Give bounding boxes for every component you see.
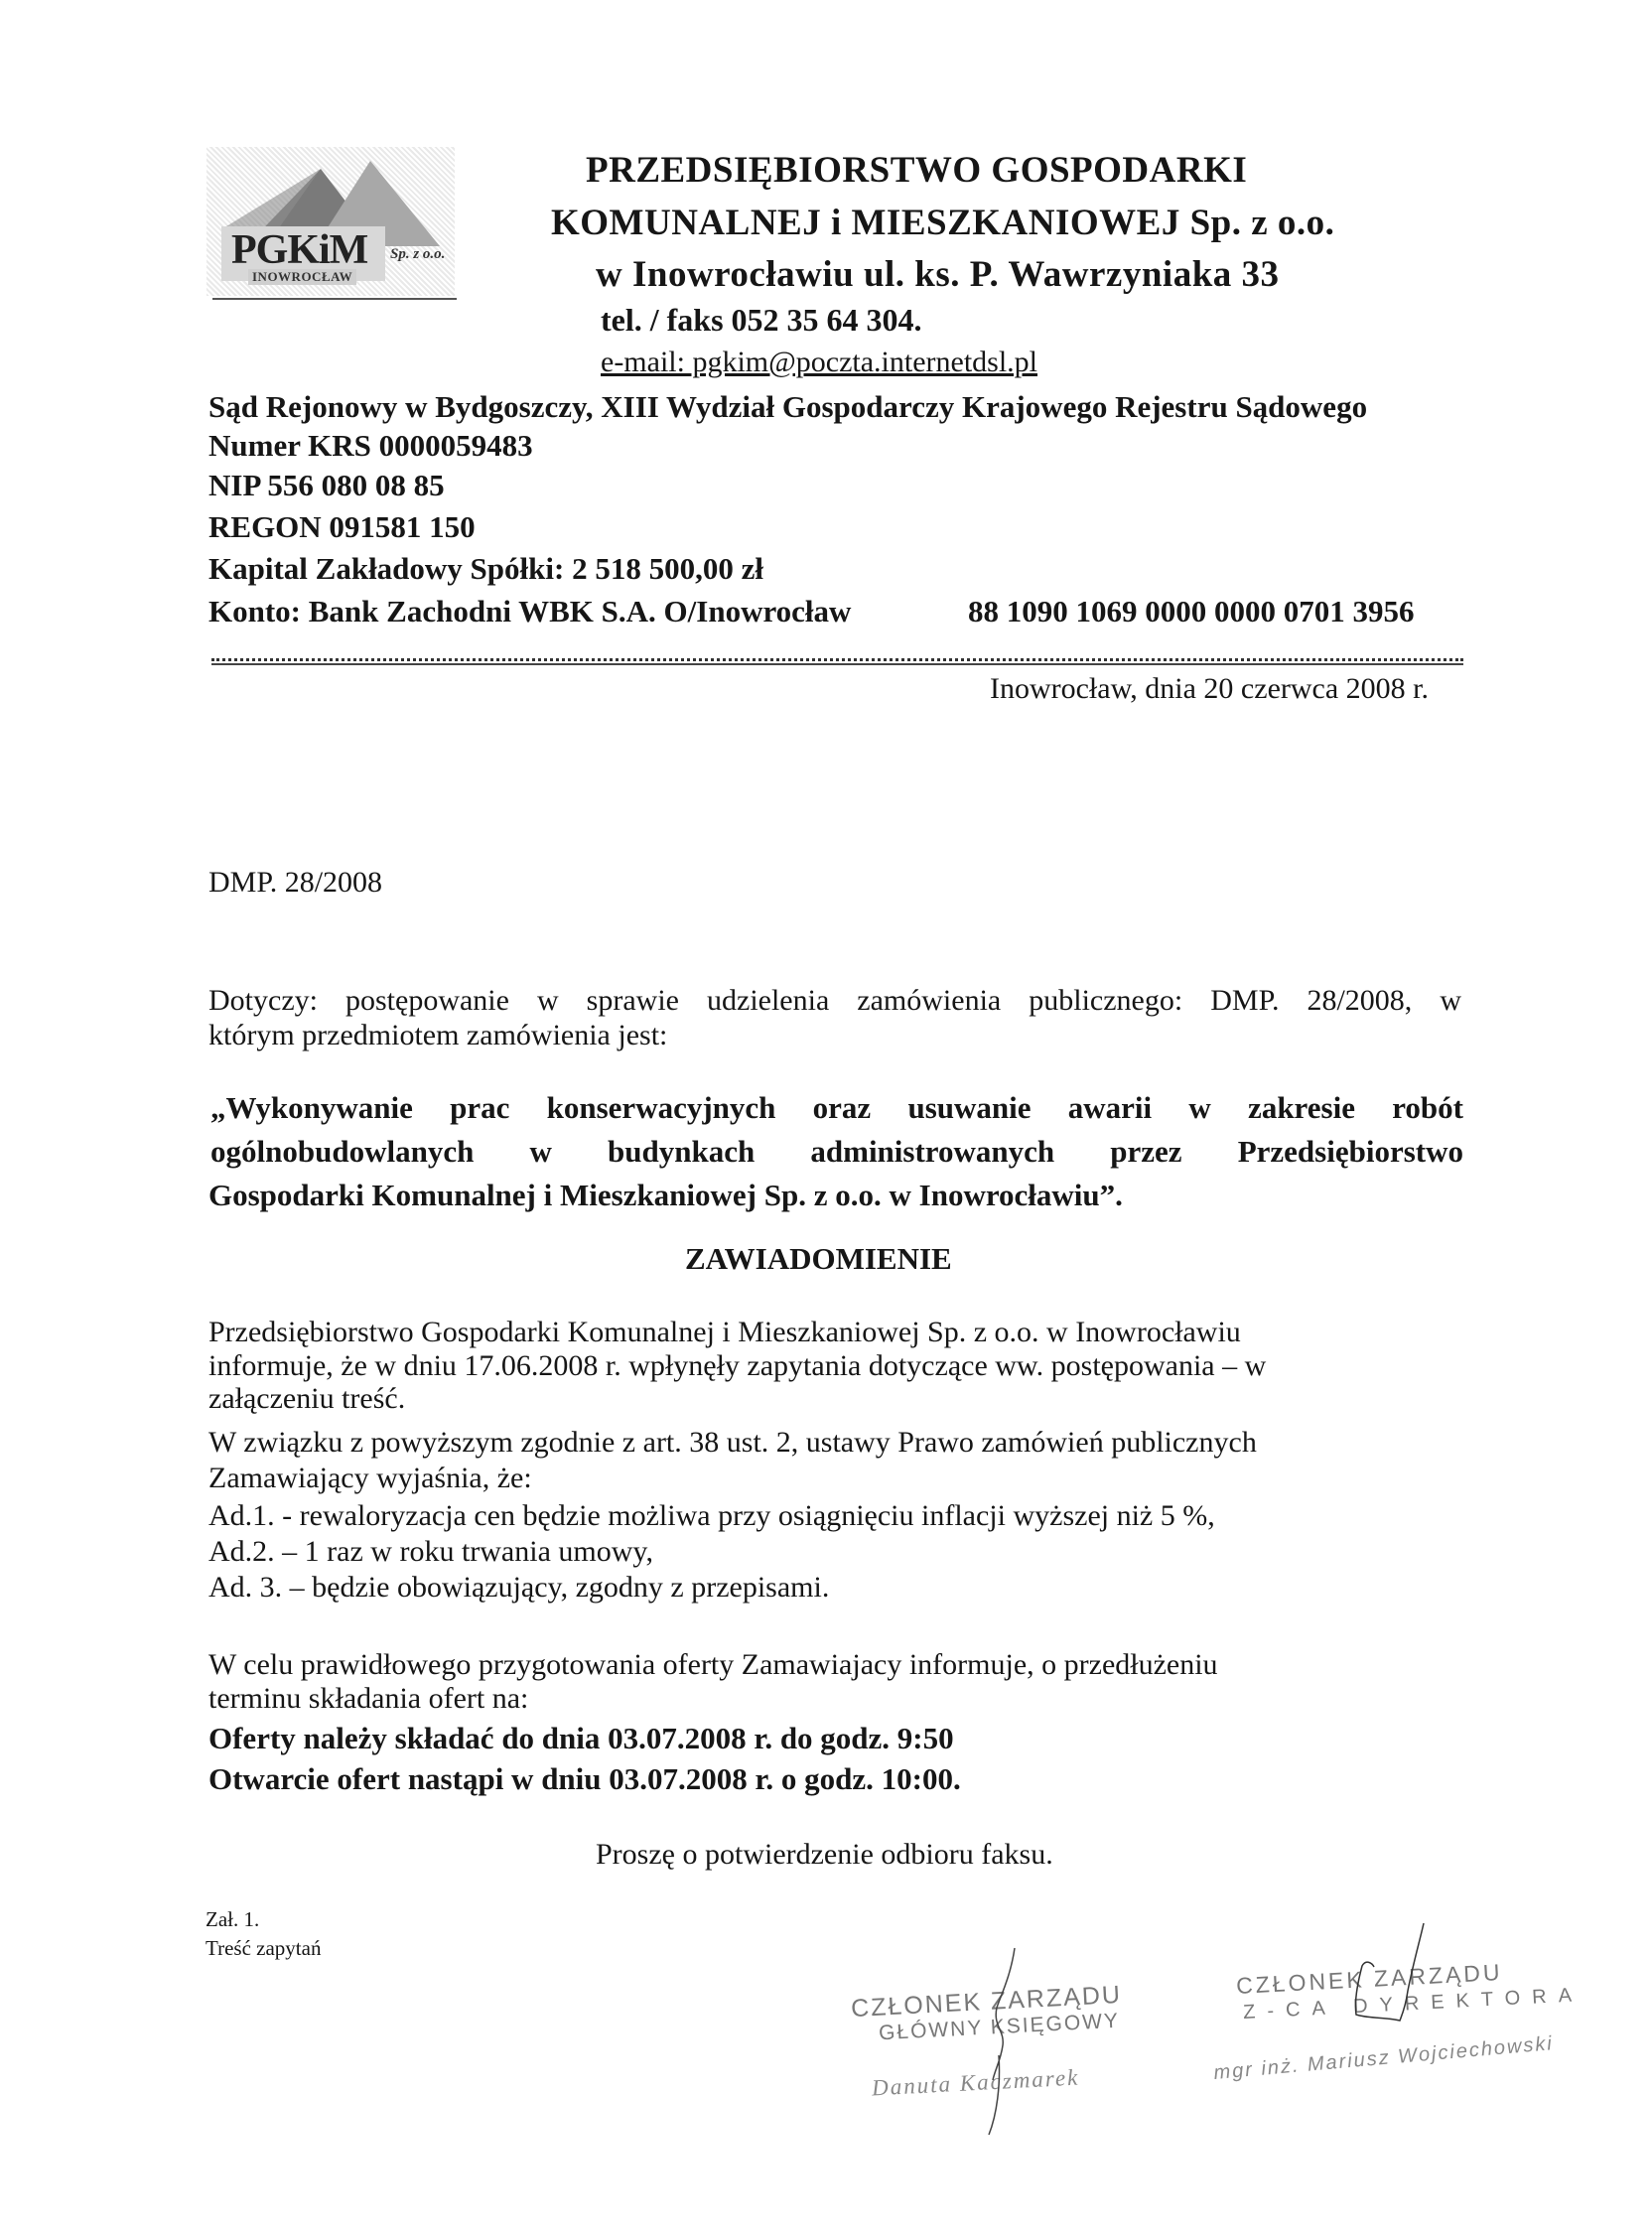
header-separator — [211, 658, 1463, 665]
body-line: informuje, że w dniu 17.06.2008 r. wpłyn… — [208, 1349, 1266, 1383]
court-registry: Sąd Rejonowy w Bydgoszczy, XIII Wydział … — [208, 389, 1367, 425]
answer-1: Ad.1. - rewaloryzacja cen będzie możliwa… — [208, 1499, 1215, 1533]
logo-city: INOWROCŁAW — [248, 269, 356, 285]
handwritten-signature-icon — [983, 1946, 1023, 2145]
attachment-description: Treść zapytań — [206, 1936, 321, 1961]
answer-2: Ad.2. – 1 raz w roku trwania umowy, — [208, 1535, 653, 1569]
bank-account-number: 88 1090 1069 0000 0000 0701 3956 — [968, 594, 1415, 629]
regon-number: REGON 091581 150 — [208, 509, 476, 545]
contract-title-line3: Gospodarki Komunalnej i Mieszkaniowej Sp… — [208, 1178, 1123, 1213]
company-logo: PGKiM INOWROCŁAW Sp. z o.o. — [206, 147, 455, 296]
extension-line2: terminu składania ofert na: — [208, 1682, 528, 1716]
bank-account-label: Konto: Bank Zachodni WBK S.A. O/Inowrocł… — [208, 594, 851, 629]
reference-number: DMP. 28/2008 — [208, 866, 382, 900]
handwritten-signature-icon — [1350, 1921, 1430, 2030]
subject-line2: którym przedmiotem zamówienia jest: — [208, 1019, 667, 1052]
body-line: załączeniu treść. — [208, 1382, 405, 1416]
answer-3: Ad. 3. – będzie obowiązujący, zgodny z p… — [208, 1571, 829, 1605]
logo-underline — [212, 298, 457, 300]
company-address: w Inowrocławiu ul. ks. P. Wawrzyniaka 33 — [596, 253, 1280, 296]
fax-confirmation-request: Proszę o potwierdzenie odbioru faksu. — [596, 1838, 1053, 1872]
offer-opening: Otwarcie ofert nastąpi w dniu 03.07.2008… — [208, 1761, 961, 1797]
notice-heading: ZAWIADOMIENIE — [685, 1241, 952, 1277]
share-capital: Kapital Zakładowy Spółki: 2 518 500,00 z… — [208, 551, 763, 587]
company-name-line1: PRZEDSIĘBIORSTWO GOSPODARKI — [586, 149, 1247, 192]
body-line: Przedsiębiorstwo Gospodarki Komunalnej i… — [208, 1316, 1241, 1349]
signature-name: Danuta Kaczmarek — [871, 2065, 1079, 2102]
contract-title-line1: „Wykonywanie prac konserwacyjnych oraz u… — [210, 1090, 1463, 1126]
company-phone: tel. / faks 052 35 64 304. — [601, 302, 922, 339]
logo-suffix: Sp. z o.o. — [390, 246, 445, 263]
signature-name: mgr inż. Mariusz Wojciechowski — [1213, 2032, 1555, 2085]
company-name-line2: KOMUNALNEJ i MIESZKANIOWEJ Sp. z o.o. — [551, 202, 1334, 244]
subject-line1: Dotyczy: postępowanie w sprawie udzielen… — [208, 984, 1461, 1018]
body-line: W związku z powyższym zgodnie z art. 38 … — [208, 1426, 1257, 1460]
date-line: Inowrocław, dnia 20 czerwca 2008 r. — [990, 672, 1429, 706]
krs-number: Numer KRS 0000059483 — [208, 428, 533, 464]
attachment-label: Zał. 1. — [206, 1907, 259, 1932]
nip-number: NIP 556 080 08 85 — [208, 468, 445, 503]
company-email-link[interactable]: e-mail: pgkim@poczta.internetdsl.pl — [601, 346, 1037, 379]
logo-text: PGKiM — [231, 226, 367, 274]
contract-title-line2: ogólnobudowlanych w budynkach administro… — [210, 1134, 1463, 1170]
body-line: Zamawiający wyjaśnia, że: — [208, 1462, 532, 1495]
extension-line1: W celu prawidłowego przygotowania oferty… — [208, 1648, 1218, 1682]
offer-deadline: Oferty należy składać do dnia 03.07.2008… — [208, 1721, 954, 1756]
